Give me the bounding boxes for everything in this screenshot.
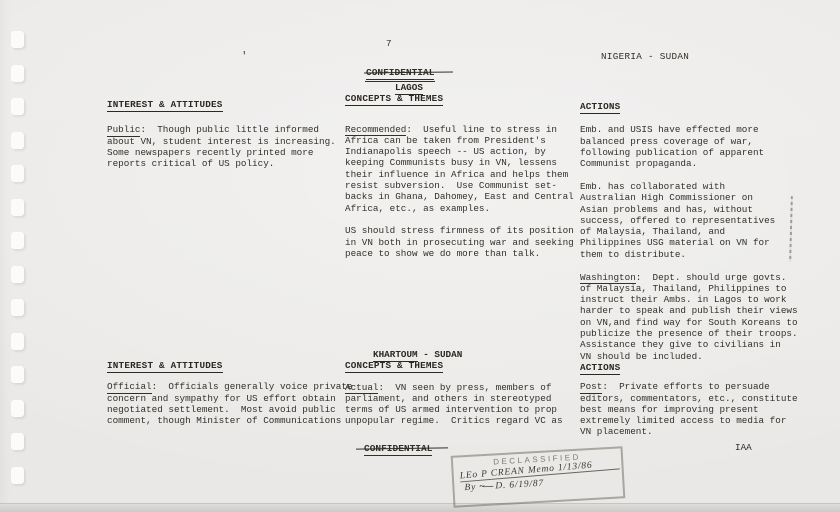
column-header-concepts: CONCEPTS & THEMES [345,93,595,104]
drafter-initials: IAA [735,442,752,453]
lagos-interest-column: INTEREST & ATTITUDES Public: Though publ… [107,99,357,169]
column-header-interest: INTEREST & ATTITUDES [107,99,357,110]
document-page: 7 NIGERIA - SUDAN ' CONFIDENTIAL INTERES… [0,0,840,512]
khartoum-actions-column: ACTIONS Post: Private efforts to persuad… [580,362,830,438]
location-heading-khartoum: KHARTOUM - SUDAN [345,349,595,360]
classification-bottom: CONFIDENTIAL [364,443,432,456]
khartoum-concepts-column: KHARTOUM - SUDAN CONCEPTS & THEMES Actua… [345,349,595,427]
paragraph-us-firmness: US should stress firmness of its positio… [345,225,595,259]
paragraph-official: Official: Officials generally voice priv… [107,381,357,426]
khartoum-interest-column: INTEREST & ATTITUDES Official: Officials… [107,360,357,426]
classification-top-text: CONFIDENTIAL [366,67,434,80]
paragraph-actual: Actual: VN seen by press, members of par… [345,382,595,427]
region-label: NIGERIA - SUDAN [601,51,689,62]
column-header-interest: INTEREST & ATTITUDES [107,360,357,371]
stray-mark: ' [241,52,248,63]
location-heading-lagos: LAGOS [345,82,595,93]
column-header-actions: ACTIONS [580,362,830,373]
paragraph-public: Public: Though public little informed ab… [107,124,357,169]
lagos-actions-column: ACTIONS Emb. and USIS have effected more… [580,101,830,362]
classification-bottom-text: CONFIDENTIAL [364,443,432,456]
column-header-actions: ACTIONS [580,101,830,112]
declassified-stamp: DECLASSIFIED LEo P CREAN Memo 1/13/86 By… [451,446,626,508]
classification-top: CONFIDENTIAL [366,67,434,80]
paragraph-post: Post: Private efforts to persuade editor… [580,381,830,437]
page-number: 7 [386,38,392,49]
lagos-concepts-column: LAGOS CONCEPTS & THEMES Recommended: Use… [345,82,595,259]
page-edge-shadow [0,503,840,512]
paragraph-emb-collaborated: Emb. has collaborated with Australian Hi… [580,181,830,260]
paragraph-washington: Washington: Dept. should urge govts. of … [580,272,830,362]
paragraph-recommended: Recommended: Useful line to stress in Af… [345,124,595,214]
stamp-signature: ~— [479,482,492,493]
paragraph-emb-usis: Emb. and USIS have effected more balance… [580,124,830,169]
column-header-concepts: CONCEPTS & THEMES [345,360,595,371]
